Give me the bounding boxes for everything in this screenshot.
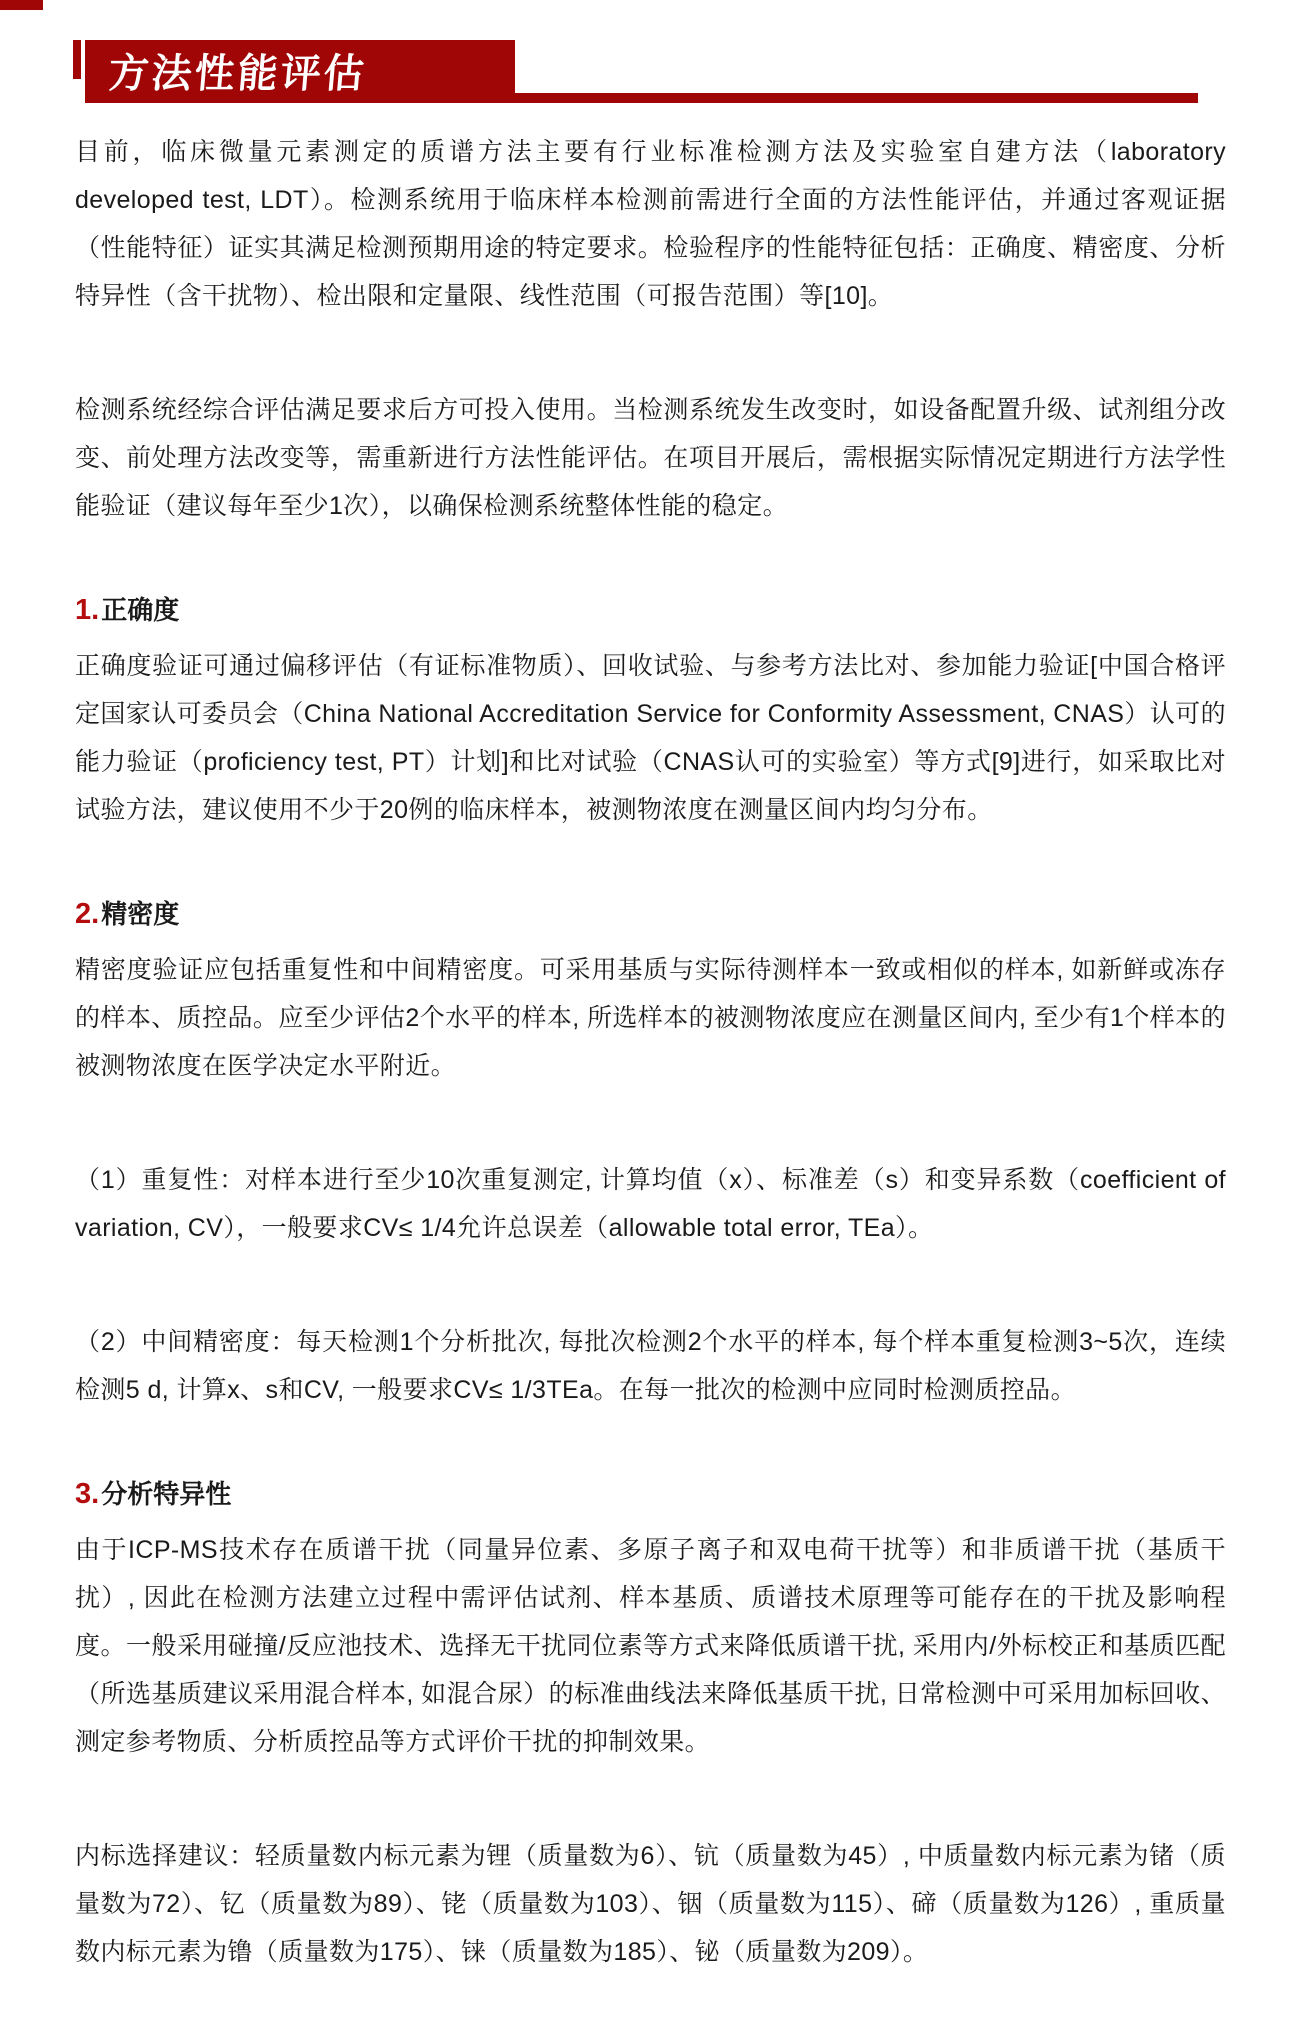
- paragraph-repeatability: （1）重复性：对样本进行至少10次重复测定, 计算均值（x）、标准差（s）和变异…: [75, 1156, 1226, 1252]
- section-title: 精密度: [101, 899, 179, 929]
- paragraph-trueness: 正确度验证可通过偏移评估（有证标准物质）、回收试验、与参考方法比对、参加能力验证…: [75, 642, 1226, 834]
- paragraph-intermediate-precision: （2）中间精密度：每天检测1个分析批次, 每批次检测2个水平的样本, 每个样本重…: [75, 1318, 1226, 1414]
- section-number: 2.: [75, 898, 99, 930]
- paragraph-intro: 目前，临床微量元素测定的质谱方法主要有行业标准检测方法及实验室自建方法（labo…: [75, 128, 1226, 320]
- section-heading-precision: 2.精密度: [75, 894, 1226, 934]
- section-heading-specificity: 3.分析特异性: [75, 1474, 1226, 1514]
- section-number: 1.: [75, 594, 99, 626]
- section-title: 分析特异性: [101, 1479, 231, 1509]
- article-body: 目前，临床微量元素测定的质谱方法主要有行业标准检测方法及实验室自建方法（labo…: [0, 0, 1300, 1976]
- paragraph-internal-standard: 内标选择建议：轻质量数内标元素为锂（质量数为6）、钪（质量数为45）, 中质量数…: [75, 1832, 1226, 1976]
- paragraph-precision: 精密度验证应包括重复性和中间精密度。可采用基质与实际待测样本一致或相似的样本, …: [75, 946, 1226, 1090]
- section-title: 正确度: [101, 595, 179, 625]
- section-heading-trueness: 1.正确度: [75, 590, 1226, 630]
- paragraph-specificity: 由于ICP-MS技术存在质谱干扰（同量异位素、多原子离子和双电荷干扰等）和非质谱…: [75, 1526, 1226, 1766]
- paragraph-system-evaluation: 检测系统经综合评估满足要求后方可投入使用。当检测系统发生改变时，如设备配置升级、…: [75, 386, 1226, 530]
- section-number: 3.: [75, 1478, 99, 1510]
